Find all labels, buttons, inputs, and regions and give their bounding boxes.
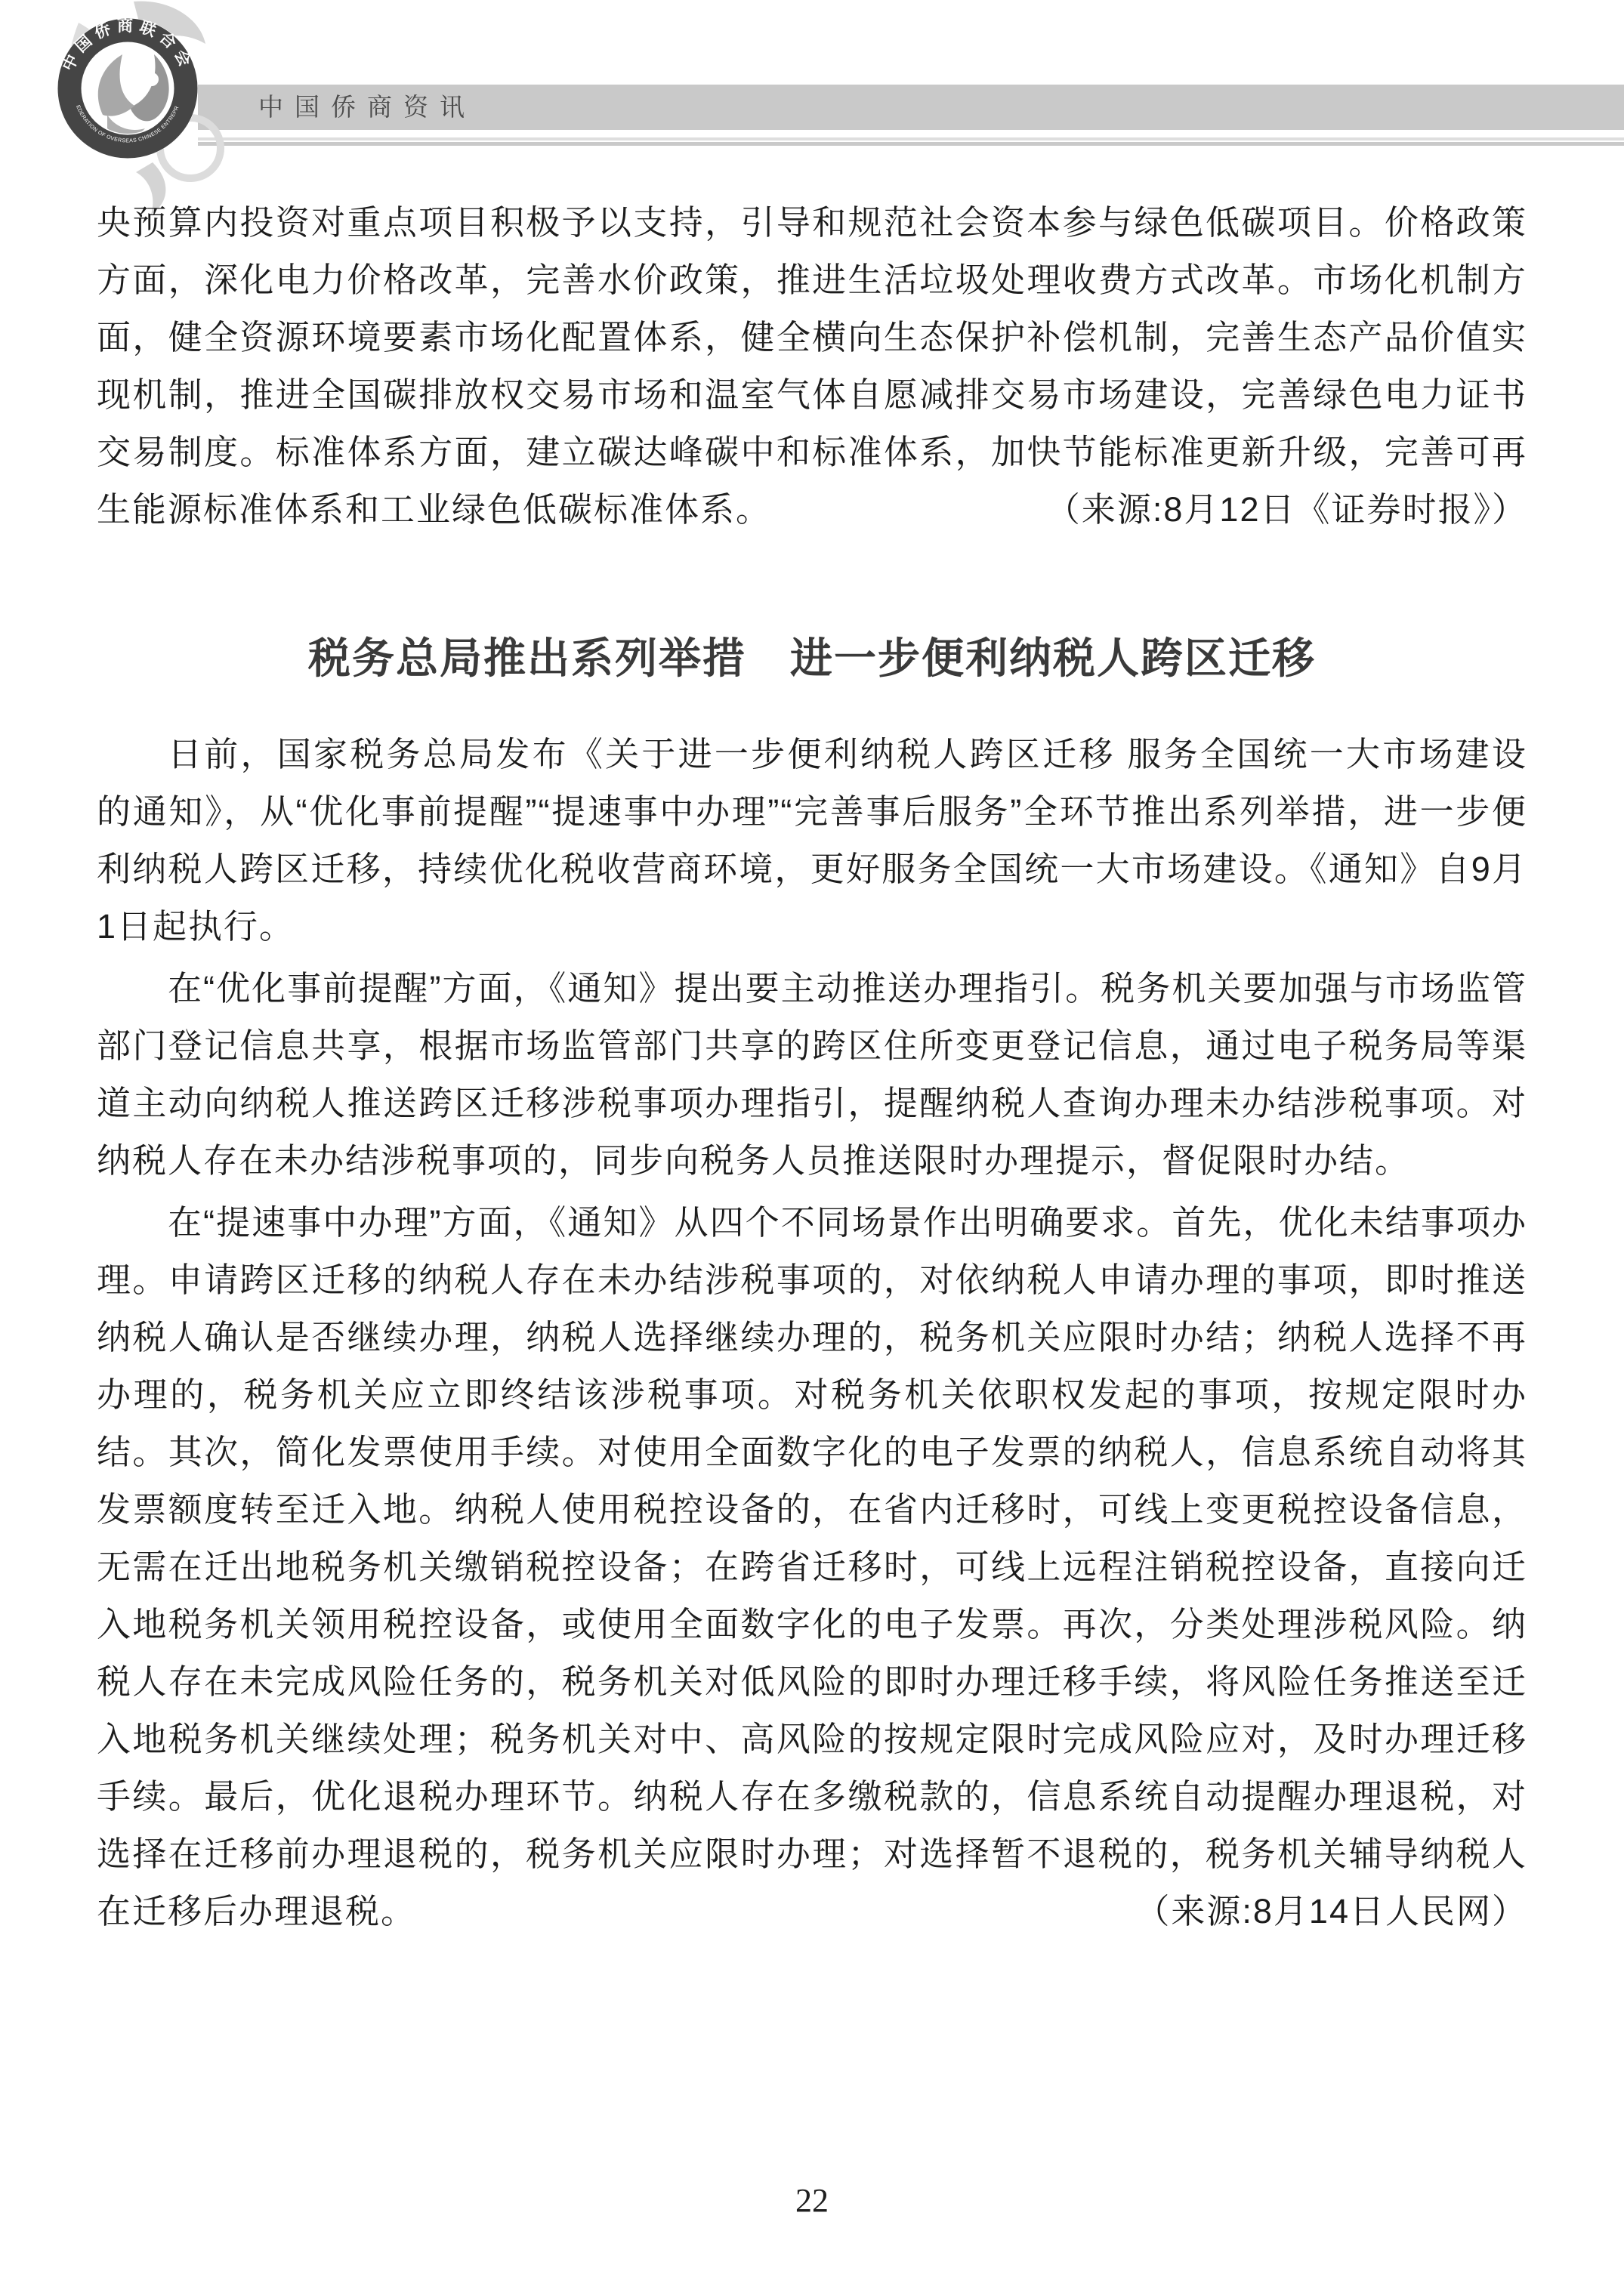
page-content: 央预算内投资对重点项目积极予以支持，引导和规范社会资本参与绿色低碳项目。价格政策… [97,194,1527,1945]
header-rule-light [198,137,1624,140]
paragraph-2: 在“优化事前提醒”方面，《通知》提出要主动推送办理指引。税务机关要加强与市场监管… [97,960,1527,1190]
paragraph-text: 在“提速事中办理”方面，《通知》从四个不同场景作出明确要求。首先，优化未结事项办… [97,1203,1527,1930]
source-attribution: （来源:8月12日《证券时报》） [1046,481,1527,539]
paragraph-text: 在“优化事前提醒”方面，《通知》提出要主动推送办理指引。税务机关要加强与市场监管… [97,969,1527,1180]
paragraph-1: 日前，国家税务总局发布《关于进一步便利纳税人跨区迁移 服务全国统一大市场建设的通… [97,726,1527,955]
federation-logo-icon: 中国侨商联合会 CHINA FEDERATION OF OVERSEAS CHI… [39,0,232,215]
banner-title: 中国侨商资讯 [258,85,476,130]
paragraph-text: 央预算内投资对重点项目积极予以支持，引导和规范社会资本参与绿色低碳项目。价格政策… [97,203,1527,529]
source-attribution: （来源:8月14日人民网） [1064,1883,1527,1940]
header-rule-dark [198,142,1624,146]
paragraph-previous-article: 央预算内投资对重点项目积极予以支持，引导和规范社会资本参与绿色低碳项目。价格政策… [97,194,1527,539]
page-number: 22 [0,2181,1624,2220]
article-title: 税务总局推出系列举措 进一步便利纳税人跨区迁移 [97,635,1527,682]
paragraph-text: 日前，国家税务总局发布《关于进一步便利纳税人跨区迁移 服务全国统一大市场建设的通… [97,735,1527,946]
document-page: 中国侨商资讯 [0,0,1624,2293]
header-banner: 中国侨商资讯 [198,85,1624,130]
paragraph-3: 在“提速事中办理”方面，《通知》从四个不同场景作出明确要求。首先，优化未结事项办… [97,1194,1527,1940]
